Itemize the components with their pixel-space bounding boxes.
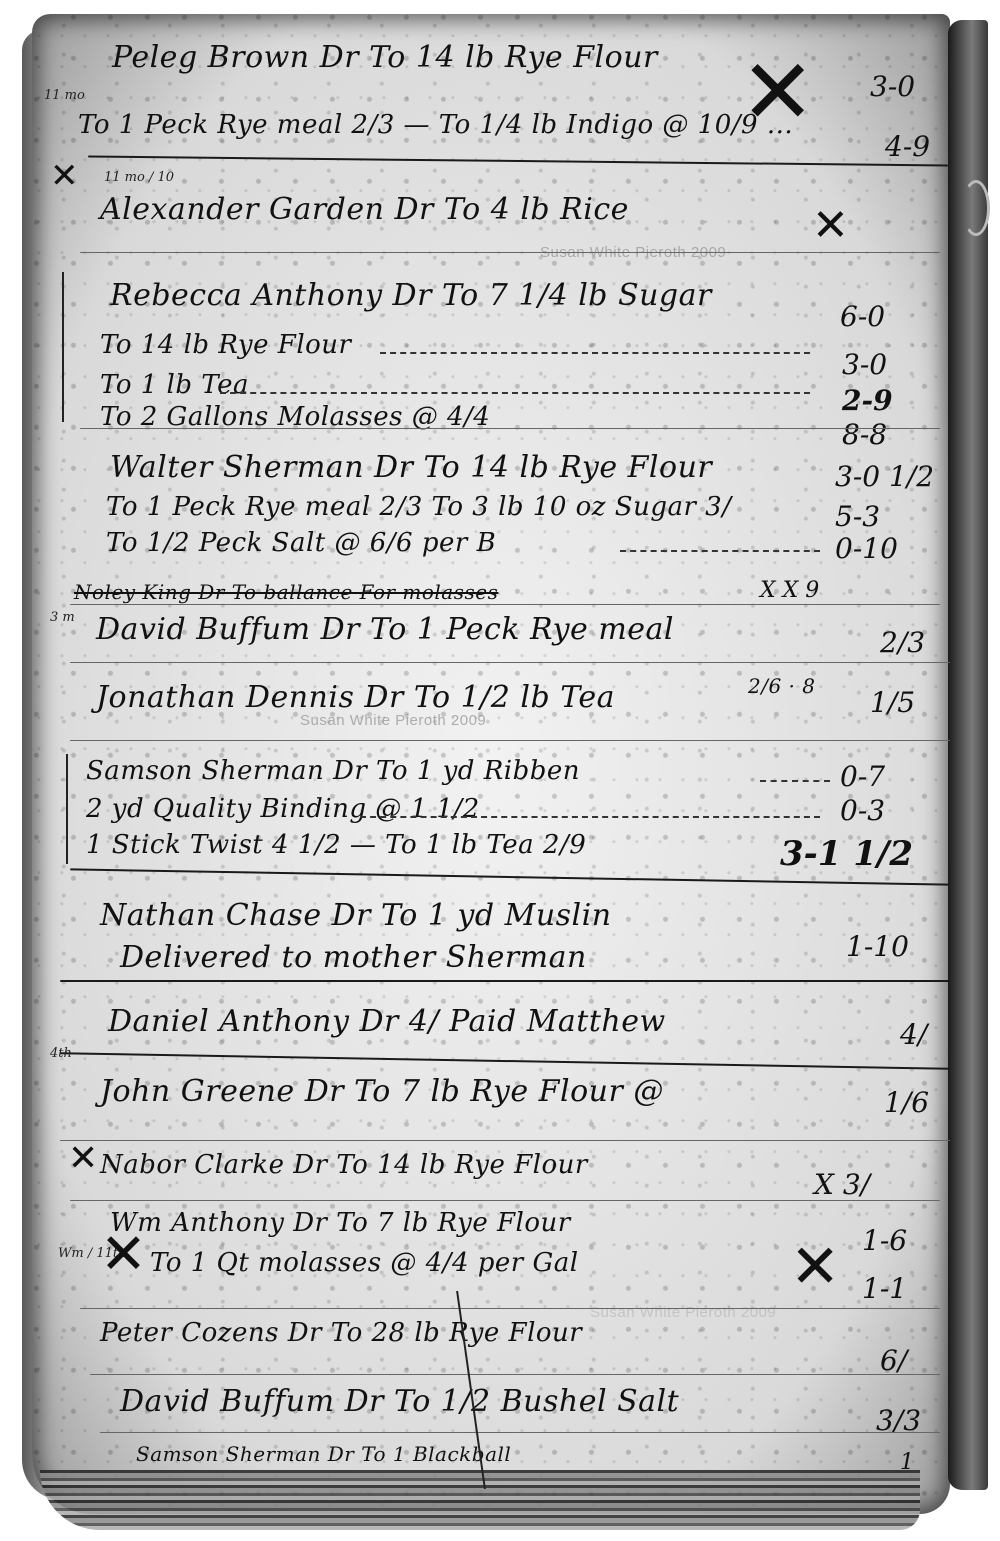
entry-line: David Buffum Dr To 1/2 Bushel Salt [120, 1384, 679, 1419]
entry-line: Daniel Anthony Dr 4/ Paid Matthew [108, 1004, 666, 1039]
margin-note: 11 mo [44, 88, 85, 103]
entry-line: Walter Sherman Dr To 14 lb Rye Flour [110, 450, 712, 485]
entry-amount: X 3/ [814, 1168, 870, 1201]
entry-line: To 1 Qt molasses @ 4/4 per Gal [150, 1248, 579, 1278]
entry-amount: 8-8 [842, 418, 887, 451]
cross-out-mark: ✕ [740, 40, 815, 145]
entry-line: To 14 lb Rye Flour [100, 330, 351, 360]
entry-divider [60, 1140, 950, 1141]
entry-amount: 2-9 [842, 384, 893, 417]
entry-divider [70, 662, 950, 663]
binding-cord [962, 180, 990, 236]
margin-note: 11 mo / 10 [104, 170, 174, 185]
leader-line [360, 816, 820, 818]
bracket-line [66, 754, 68, 864]
entry-divider [70, 740, 950, 741]
entry-divider [80, 428, 940, 429]
entry-line: John Greene Dr To 7 lb Rye Flour @ [100, 1074, 664, 1109]
entry-line: Delivered to mother Sherman [120, 940, 587, 975]
entry-amount: 6-0 [840, 300, 885, 333]
entry-amount: 0-7 [840, 760, 885, 793]
entry-line: Samson Sherman Dr To 1 Blackball [136, 1442, 511, 1466]
entry-line: Alexander Garden Dr To 4 lb Rice [100, 192, 629, 227]
entry-divider [70, 604, 940, 605]
entry-divider [60, 980, 950, 982]
entry-amount: 4/ [900, 1018, 927, 1051]
entry-divider [70, 1200, 940, 1201]
entry-amount: 0-10 [835, 532, 898, 565]
entry-line: To 1/2 Peck Salt @ 6/6 per B [106, 528, 496, 558]
stacked-page-edges [40, 1470, 920, 1530]
entry-divider [90, 1374, 940, 1375]
entry-line: David Buffum Dr To 1 Peck Rye meal [96, 612, 674, 647]
entry-line: To 1 lb Tea [100, 370, 249, 400]
entry-amount: 0-3 [840, 794, 885, 827]
cross-mark: ✕ [812, 200, 849, 251]
margin-cross-mark: ✕ [68, 1138, 98, 1179]
entry-amount: 4-9 [885, 130, 930, 163]
entry-amount: 3-1 1/2 [780, 834, 913, 874]
entry-amount: 2/3 [880, 626, 925, 659]
entry-line: Samson Sherman Dr To 1 yd Ribben [86, 756, 580, 786]
bracket-line [62, 272, 64, 422]
margin-note: 3 m [50, 610, 75, 625]
entry-amount: 1-10 [846, 930, 909, 963]
entry-line: 2 yd Quality Binding @ 1 1/2 [86, 794, 480, 824]
struck-entry-line: Noley King Dr To ballance For molasses [74, 580, 498, 604]
entry-line: Nabor Clarke Dr To 14 lb Rye Flour [100, 1150, 588, 1180]
entry-amount: X X 9 [760, 578, 819, 603]
entry-amount: 1 [900, 1450, 914, 1475]
entry-line: Nathan Chase Dr To 1 yd Muslin [100, 898, 612, 933]
entry-line: To 1 Peck Rye meal 2/3 To 3 lb 10 oz Sug… [106, 492, 731, 522]
entry-amount: 5-3 [835, 500, 880, 533]
margin-cross-mark: ✕ [50, 156, 79, 196]
entry-amount: 3-0 [870, 70, 915, 103]
entry-amount: 6/ [880, 1344, 907, 1377]
entry-amount: 3-0 [842, 348, 887, 381]
entry-amount: 1/5 [870, 686, 915, 719]
entry-line: 1 Stick Twist 4 1/2 — To 1 lb Tea 2/9 [86, 830, 586, 860]
entry-line: To 1 Peck Rye meal 2/3 — To 1/4 lb Indig… [78, 110, 793, 140]
margin-note: 4th [50, 1046, 72, 1061]
side-calculation: 2/6 · 8 [748, 674, 815, 698]
cross-mark: ✕ [790, 1232, 840, 1302]
leader-line [620, 550, 820, 552]
entry-divider [80, 252, 940, 253]
entry-line: Peleg Brown Dr To 14 lb Rye Flour [112, 40, 658, 75]
entry-divider [80, 1308, 940, 1309]
entry-amount: 1/6 [884, 1086, 929, 1119]
leader-line [220, 392, 810, 394]
entry-line: Wm Anthony Dr To 7 lb Rye Flour [110, 1208, 571, 1238]
margin-cross-mark: ✕ [100, 1222, 147, 1287]
leader-line [760, 780, 830, 782]
book-spine [948, 20, 988, 1490]
leader-line [380, 352, 810, 354]
entry-line: Peter Cozens Dr To 28 lb Rye Flour [100, 1318, 582, 1348]
entry-amount: 1-1 [862, 1272, 907, 1305]
watermark: Susan White Pieroth 2009 [590, 1304, 776, 1321]
entry-line: Jonathan Dennis Dr To 1/2 lb Tea [96, 680, 615, 715]
entry-line: Rebecca Anthony Dr To 7 1/4 lb Sugar [110, 278, 712, 313]
entry-amount: 1-6 [862, 1224, 907, 1257]
entry-amount: 3-0 1/2 [835, 460, 934, 493]
entry-divider [100, 1432, 940, 1433]
